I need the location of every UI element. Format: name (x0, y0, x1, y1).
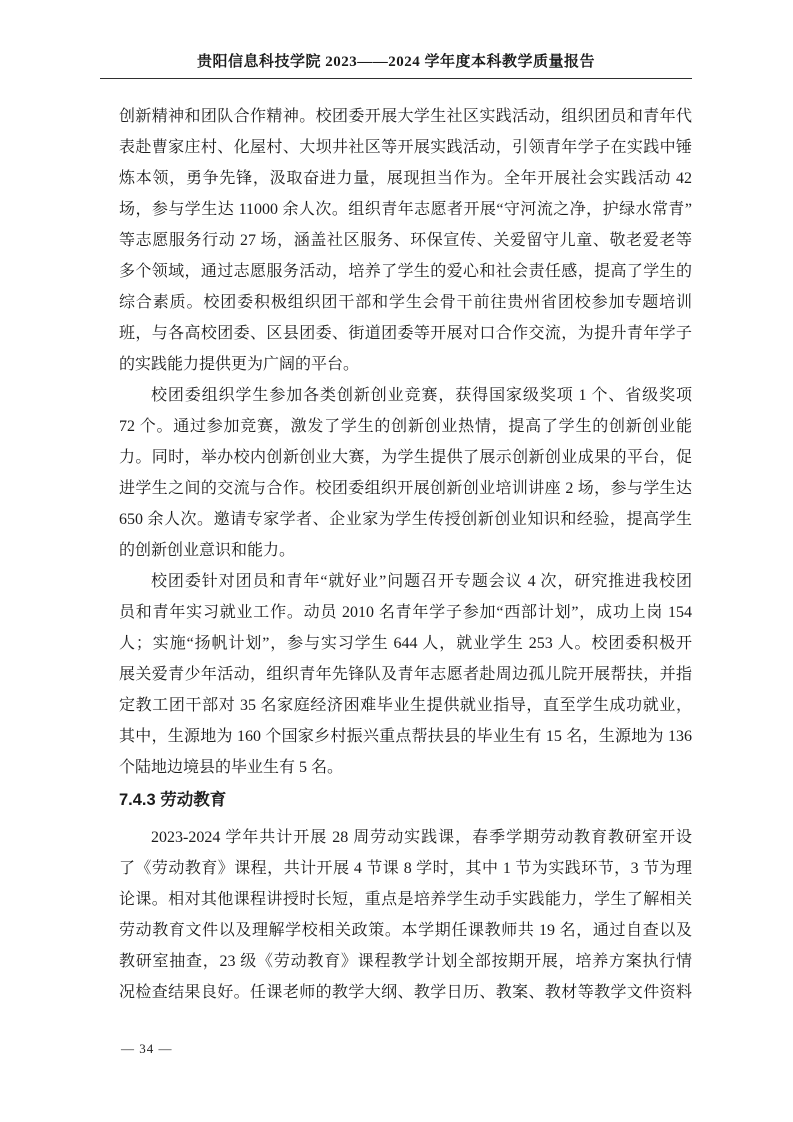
header-title: 贵阳信息科技学院 2023——2024 学年度本科教学质量报告 (197, 54, 595, 70)
text-line: 其中，生源地为 160 个国家乡村振兴重点帮扶县的毕业生有 15 名，生源地为 … (119, 721, 692, 752)
text-line: 展关爱青少年活动，组织青年先锋队及青年志愿者赴周边孤儿院开展帮扶，并指 (119, 659, 692, 690)
paragraph: 校团委组织学生参加各类创新创业竞赛，获得国家级奖项 1 个、省级奖项72 个。通… (119, 380, 692, 566)
page-header: 贵阳信息科技学院 2023——2024 学年度本科教学质量报告 (100, 50, 692, 79)
page-number: — 34 — (121, 1041, 173, 1056)
paragraph: 校团委针对团员和青年“就好业”问题召开专题会议 4 次，研究推进我校团员和青年实… (119, 566, 692, 783)
text-line: 教研室抽查，23 级《劳动教育》课程教学计划全部按期开展，培养方案执行情 (119, 946, 692, 977)
text-line: 多个领域，通过志愿服务活动，培养了学生的爱心和社会责任感，提高了学生的 (119, 256, 692, 287)
text-line: 力。同时，举办校内创新创业大赛，为学生提供了展示创新创业成果的平台，促 (119, 442, 692, 473)
text-line: 表赴曹家庄村、化屋村、大坝井社区等开展实践活动，引领青年学子在实践中锤 (119, 132, 692, 163)
text-line: 的实践能力提供更为广阔的平台。 (119, 349, 692, 380)
text-line: 员和青年实习就业工作。动员 2010 名青年学子参加“西部计划”，成功上岗 15… (119, 597, 692, 628)
page-footer: — 34 — (121, 1041, 173, 1057)
text-line: 综合素质。校团委积极组织团干部和学生会骨干前往贵州省团校参加专题培训 (119, 287, 692, 318)
text-line: 650 余人次。邀请专家学者、企业家为学生传授创新创业知识和经验，提高学生 (119, 504, 692, 535)
text-line: 2023-2024 学年共计开展 28 周劳动实践课，春季学期劳动教育教研室开设 (119, 822, 692, 853)
text-line: 校团委组织学生参加各类创新创业竞赛，获得国家级奖项 1 个、省级奖项 (119, 380, 692, 411)
report-page: 贵阳信息科技学院 2023——2024 学年度本科教学质量报告 创新精神和团队合… (0, 0, 793, 1122)
text-line: 况检查结果良好。任课老师的教学大纲、教学日历、教案、教材等教学文件资料 (119, 977, 692, 1008)
section-heading: 7.4.3 劳动教育 (119, 785, 692, 816)
text-line: 班，与各高校团委、区县团委、街道团委等开展对口合作交流，为提升青年学子 (119, 318, 692, 349)
text-line: 人；实施“扬帆计划”，参与实习学生 644 人，就业学生 253 人。校团委积极… (119, 628, 692, 659)
text-line: 72 个。通过参加竞赛，激发了学生的创新创业热情，提高了学生的创新创业能 (119, 411, 692, 442)
paragraph: 创新精神和团队合作精神。校团委开展大学生社区实践活动，组织团员和青年代表赴曹家庄… (119, 101, 692, 380)
text-line: 等志愿服务行动 27 场，涵盖社区服务、环保宣传、关爱留守儿童、敬老爱老等 (119, 225, 692, 256)
text-line: 的创新创业意识和能力。 (119, 535, 692, 566)
text-line: 劳动教育文件以及理解学校相关政策。本学期任课教师共 19 名，通过自查以及 (119, 915, 692, 946)
text-line: 炼本领，勇争先锋，汲取奋进力量，展现担当作为。全年开展社会实践活动 42 (119, 163, 692, 194)
document-body: 创新精神和团队合作精神。校团委开展大学生社区实践活动，组织团员和青年代表赴曹家庄… (119, 101, 692, 1008)
text-line: 定教工团干部对 35 名家庭经济困难毕业生提供就业指导，直至学生成功就业， (119, 690, 692, 721)
text-line: 校团委针对团员和青年“就好业”问题召开专题会议 4 次，研究推进我校团 (119, 566, 692, 597)
text-line: 个陆地边境县的毕业生有 5 名。 (119, 752, 692, 783)
text-line: 了《劳动教育》课程，共计开展 4 节课 8 学时，其中 1 节为实践环节，3 节… (119, 853, 692, 884)
text-line: 创新精神和团队合作精神。校团委开展大学生社区实践活动，组织团员和青年代 (119, 101, 692, 132)
text-line: 进学生之间的交流与合作。校团委组织开展创新创业培训讲座 2 场，参与学生达 (119, 473, 692, 504)
text-line: 论课。相对其他课程讲授时长短，重点是培养学生动手实践能力，学生了解相关 (119, 884, 692, 915)
text-line: 场，参与学生达 11000 余人次。组织青年志愿者开展“守河流之净，护绿水常青” (119, 194, 692, 225)
paragraph: 2023-2024 学年共计开展 28 周劳动实践课，春季学期劳动教育教研室开设… (119, 822, 692, 1008)
